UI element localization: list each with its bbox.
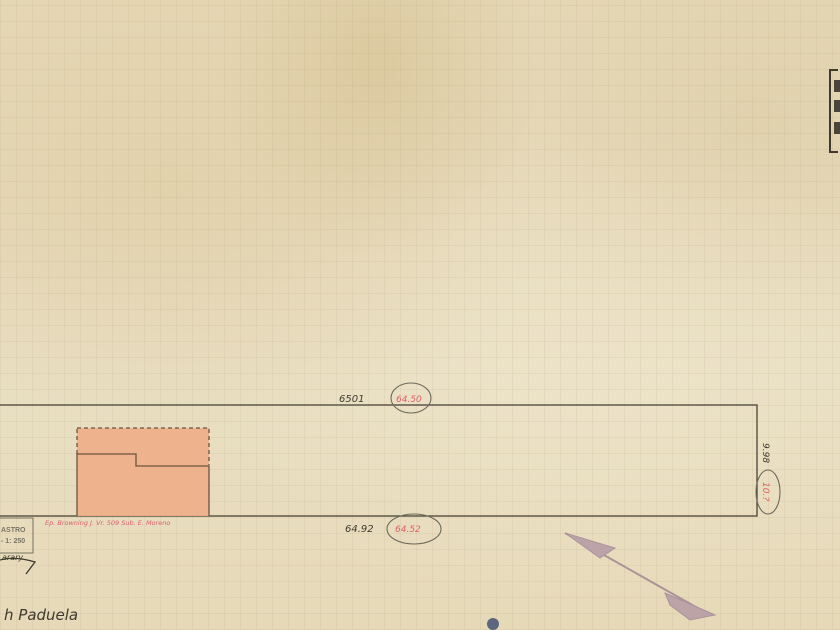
stamp-line2: - 1: 250 [1, 538, 25, 545]
bottom-new-measure: 64.52 [395, 525, 421, 535]
right-old-measure: 9.98 [760, 443, 770, 463]
north-arrow-icon [565, 533, 715, 620]
top-old-measure: 6501 [339, 394, 364, 405]
top-new-measure: 64.50 [396, 395, 422, 405]
right-new-measure: 10.? [760, 482, 770, 501]
stamp-line1: ASTRO [1, 527, 26, 534]
ink-spot [487, 618, 499, 630]
bottom-signature: h Paduela [4, 606, 78, 624]
building-footprint [77, 428, 209, 516]
plan-drawing: 6501 64.50 64.92 64.52 9.98 10.? Ep. Bro… [0, 0, 840, 630]
right-edge-frame [830, 70, 840, 152]
bottom-old-measure: 64.92 [345, 524, 374, 535]
building-label: Ep. Browning J. Vr. 509 Sub. E. Moreno [45, 519, 170, 527]
stamp-signature: arary [2, 553, 23, 562]
